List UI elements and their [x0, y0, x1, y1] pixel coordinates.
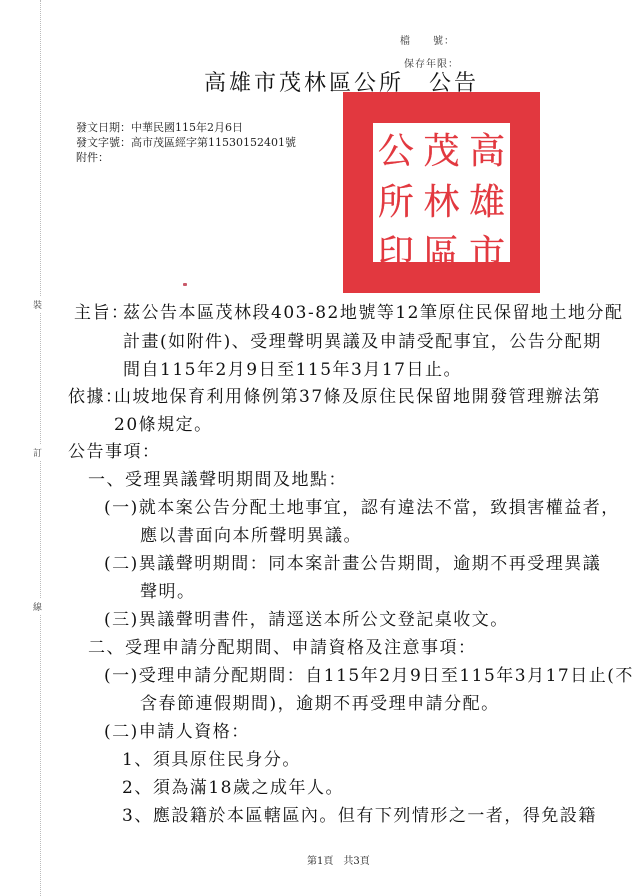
seal-char: 茂 — [419, 123, 465, 174]
seal-char: 林 — [419, 174, 465, 225]
basis-line: 20條規定。 — [114, 410, 213, 435]
official-seal: 高 茂 公 雄 林 所 市 區 印 — [343, 92, 540, 293]
binding-mark-xian: 線 — [33, 598, 42, 615]
seal-char: 公 — [373, 123, 419, 174]
section2-item2-heading: (二)申請人資格： — [104, 717, 250, 742]
page-number: 第1頁 共3頁 — [307, 852, 370, 867]
seal-char: 市 — [464, 225, 510, 276]
archive-number-label: 檔 號： — [400, 32, 455, 47]
seal-char: 高 — [464, 123, 510, 174]
section1-heading: 一、受理異議聲明期間及地點： — [88, 465, 347, 490]
section1-item-line: 聲明。 — [140, 577, 196, 602]
section1-item-line: (一)就本案公告分配土地事宜，認有違法不當，致損害權益者， — [104, 493, 620, 518]
seal-inner: 高 茂 公 雄 林 所 市 區 印 — [373, 123, 510, 262]
seal-char: 雄 — [464, 174, 510, 225]
section1-item-line: (三)異議聲明書件，請逕送本所公文登記桌收文。 — [104, 605, 509, 630]
subject-line: 間自115年2月9日至115年3月17日止。 — [123, 355, 462, 380]
basis-line: 山坡地保育利用條例第37條及原住民保留地開發管理辦法第 — [114, 382, 601, 407]
seal-char: 所 — [373, 174, 419, 225]
seal-char: 印 — [373, 225, 419, 276]
section1-item-line: 應以書面向本所聲明異議。 — [140, 521, 362, 546]
dispatch-date: 發文日期：中華民國115年2月6日 — [76, 120, 243, 135]
qualification-item: 1、須具原住民身分。 — [122, 745, 301, 770]
dispatch-reference: 發文字號：高市茂區經字第11530152401號 — [76, 135, 296, 150]
subject-line: 計畫(如附件)、受理聲明異議及申請受配事宜，公告分配期 — [123, 327, 602, 352]
binding-mark-zhuang: 裝 — [33, 296, 42, 313]
section2-heading: 二、受理申請分配期間、申請資格及注意事項： — [88, 633, 477, 658]
subject-line: 茲公告本區茂林段403-82地號等12筆原住民保留地土地分配 — [123, 298, 623, 323]
section2-item-line: (一)受理申請分配期間：自115年2月9日至115年3月17日止(不 — [104, 661, 632, 686]
binding-mark-ding: 訂 — [33, 444, 42, 461]
notice-heading: 公告事項： — [68, 437, 161, 462]
qualification-item: 2、須為滿18歲之成年人。 — [122, 773, 344, 798]
subject-label: 主旨： — [74, 298, 130, 323]
section1-item-line: (二)異議聲明期間：同本案計畫公告期間，逾期不再受理異議 — [104, 549, 601, 574]
section2-item-line: 含春節連假期間)，逾期不再受理申請分配。 — [140, 689, 500, 714]
seal-char: 區 — [419, 225, 465, 276]
qualification-item: 3、應設籍於本區轄區內。但有下列情形之一者，得免設籍 — [122, 801, 597, 826]
attachment-label: 附件： — [76, 150, 109, 165]
ink-speck — [183, 283, 187, 286]
